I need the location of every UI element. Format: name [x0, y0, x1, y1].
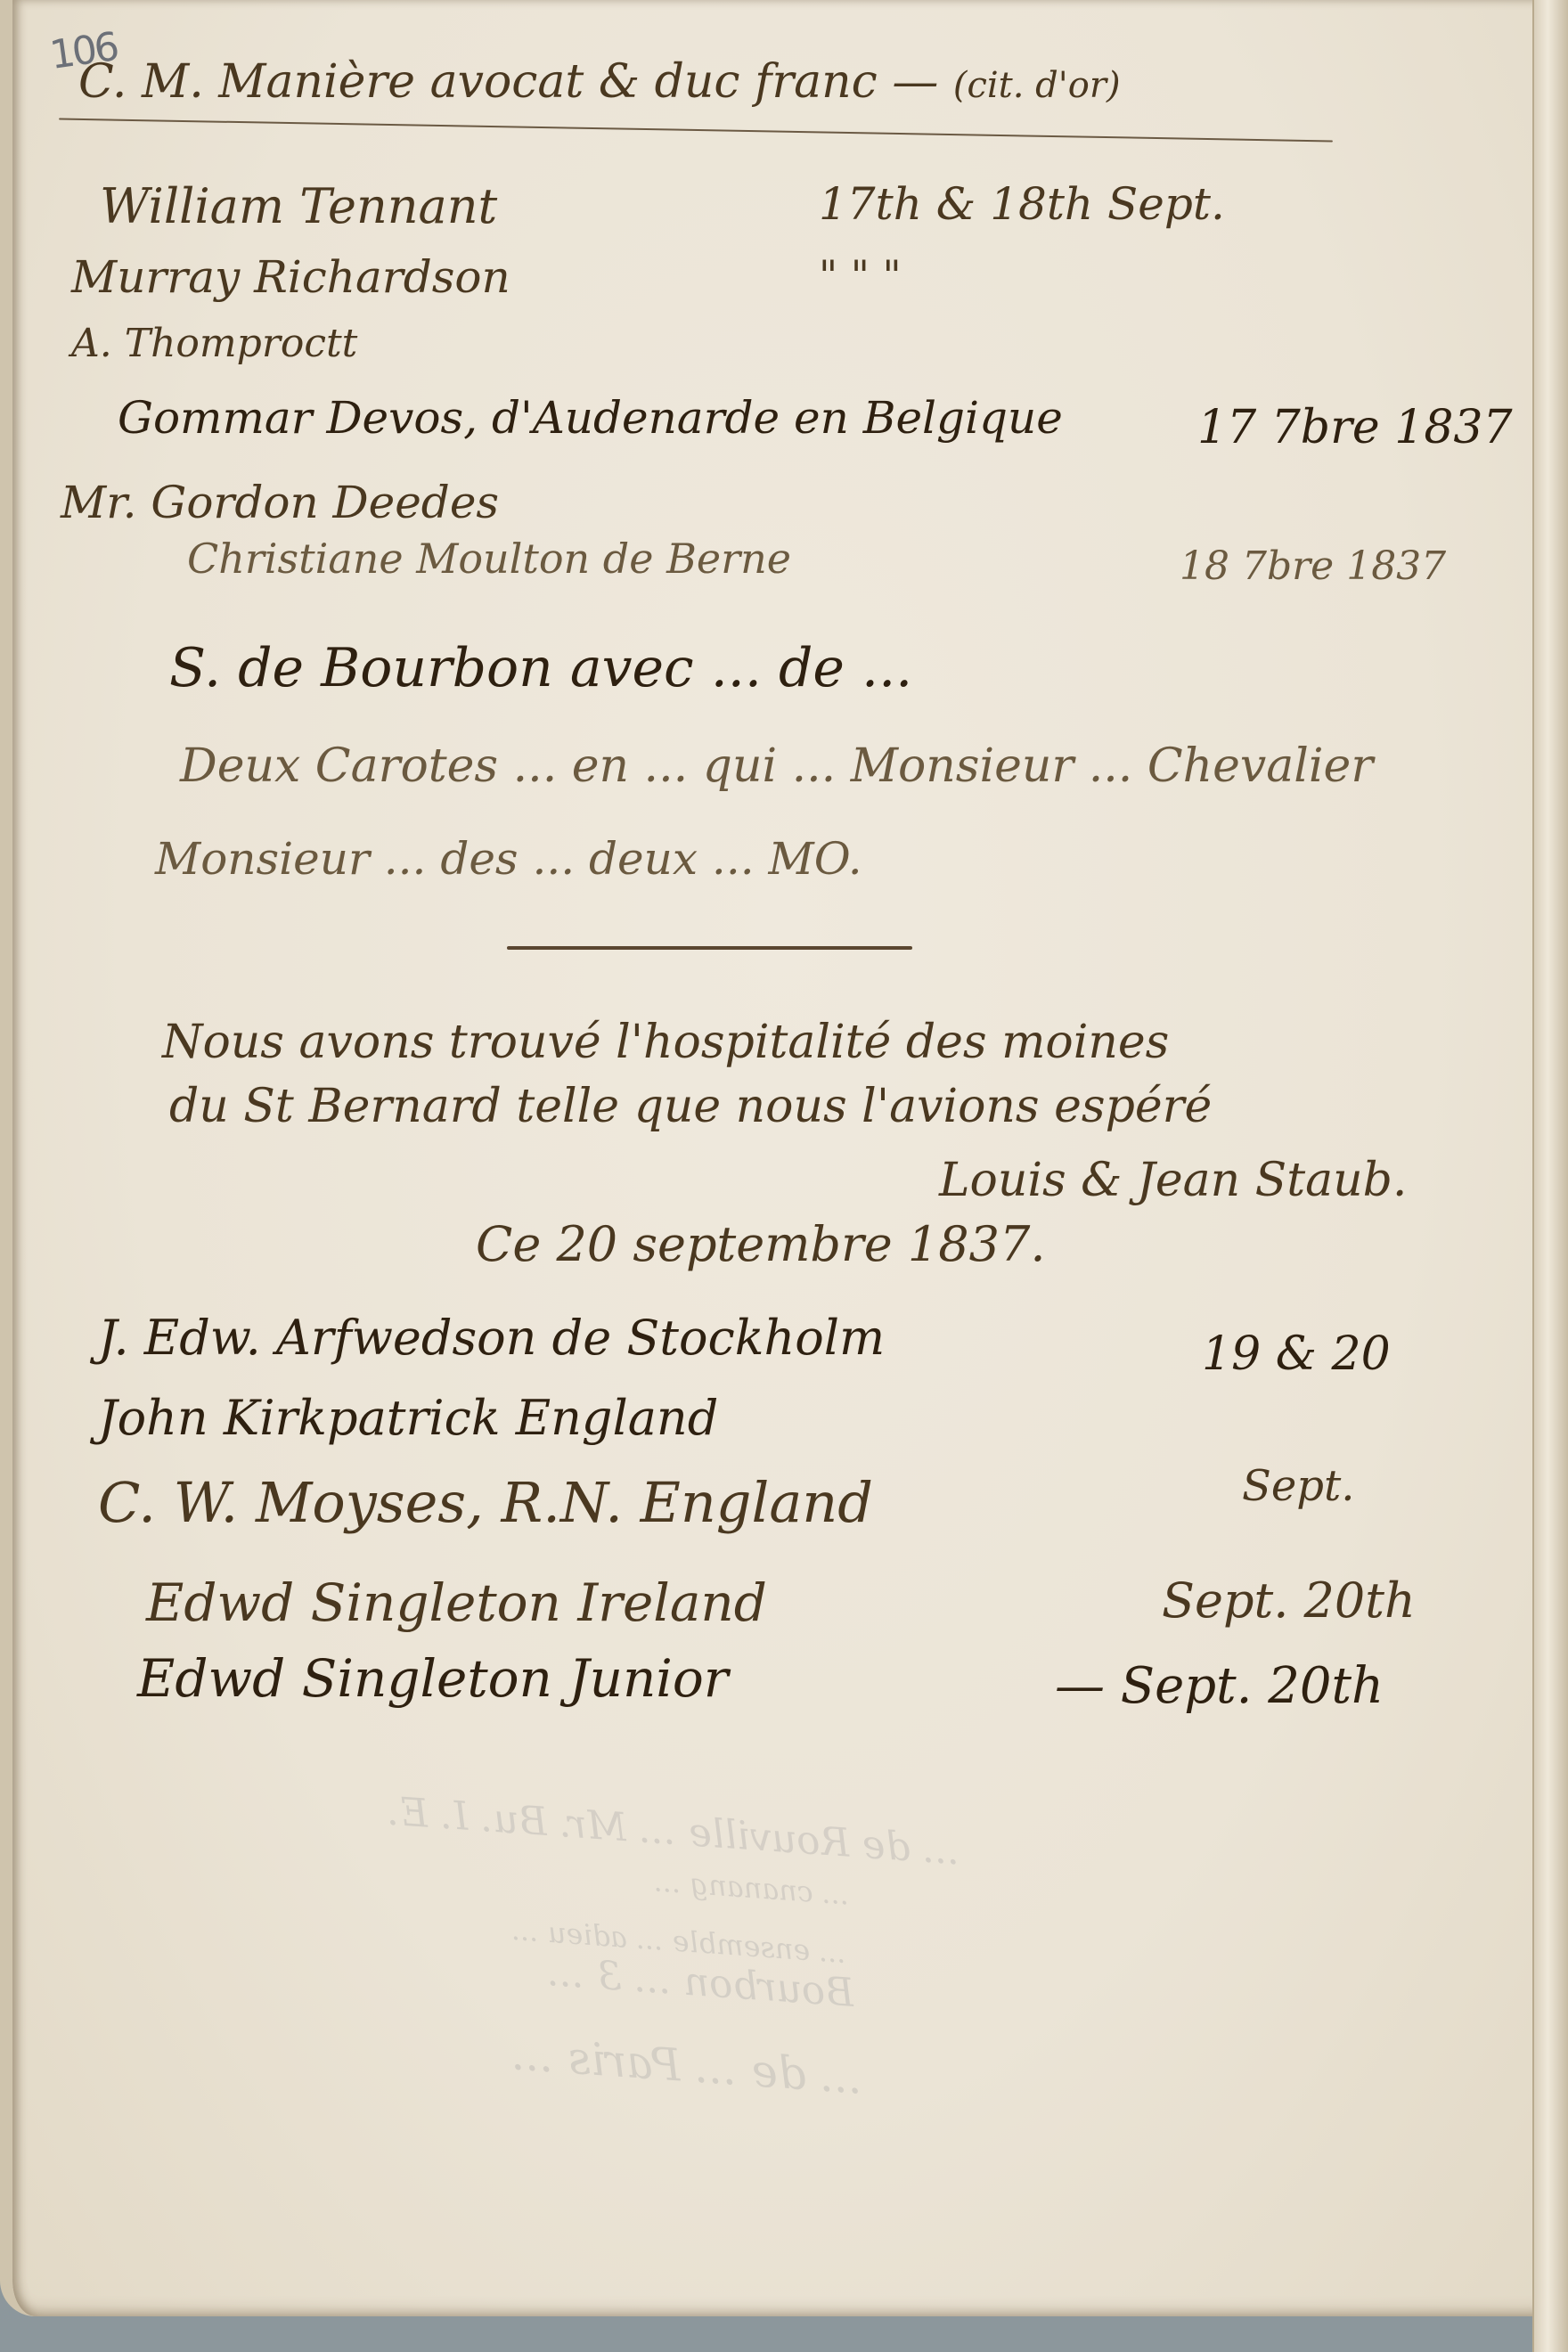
illegible-line: Monsieur ... des ... deux ... MO. — [155, 833, 862, 885]
bleedthrough-text: ... de Rouville ... Mr. Bu. I. E. — [386, 1789, 961, 1874]
entry-date: 17th & 18th Sept. — [819, 178, 1225, 230]
header-text: C. M. Manière avocat & duc franc — — [78, 55, 938, 109]
register-entry: C. W. Moyses, R.N. England — [98, 1470, 873, 1535]
entry-name: William Tennant — [100, 178, 497, 234]
entry-date: 19 & 20 — [1202, 1327, 1391, 1381]
header-bracket-note: (cit. d'or) — [953, 65, 1121, 106]
register-entry: William Tennant — [100, 178, 497, 234]
register-entry: Gommar Devos, d'Audenarde en Belgique — [118, 392, 1063, 444]
entry-date: Sept. — [1242, 1461, 1355, 1511]
header-line: C. M. Manière avocat & duc franc — (cit.… — [78, 55, 1121, 109]
note-line-1: Nous avons trouvé l'hospitalité des moin… — [162, 1016, 1169, 1069]
register-entry: Edwd Singleton Ireland — [146, 1572, 767, 1633]
entry-date: 17 7bre 1837 — [1197, 401, 1513, 454]
header-underline — [59, 118, 1333, 143]
manuscript-page: ... de Rouville ... Mr. Bu. I. E. ... cn… — [0, 0, 1547, 2316]
register-entry: Murray Richardson — [71, 251, 510, 303]
note-date: Ce 20 septembre 1837. — [476, 1216, 1046, 1272]
register-entry: J. Edw. Arfwedson de Stockholm — [98, 1310, 885, 1366]
register-entry: John Kirkpatrick England — [98, 1390, 718, 1446]
entry-date: " " " — [819, 251, 902, 299]
register-entry: Edwd Singleton Junior — [137, 1648, 729, 1709]
entry-date: — Sept. 20th — [1055, 1657, 1384, 1715]
register-entry: Christiane Moulton de Berne — [187, 535, 791, 583]
entry-date: 18 7bre 1837 — [1180, 543, 1446, 589]
register-entry: Mr. Gordon Deedes — [61, 477, 499, 528]
book-binding — [1532, 0, 1568, 2352]
illegible-line: Deux Carotes ... en ... qui ... Monsieur… — [180, 739, 1373, 793]
note-signature: Louis & Jean Staub. — [939, 1154, 1407, 1207]
note-line-2: du St Bernard telle que nous l'avions es… — [169, 1080, 1212, 1133]
entry-date: Sept. 20th — [1162, 1572, 1416, 1629]
bleedthrough-text: ... de ... Paris ... — [510, 2028, 864, 2103]
register-entry: A. Thomproctt — [71, 321, 357, 366]
bleedthrough-text: ... cnanang ... — [653, 1864, 851, 1911]
section-divider — [507, 946, 912, 950]
illegible-line: S. de Bourbon avec ... de ... — [169, 637, 912, 699]
